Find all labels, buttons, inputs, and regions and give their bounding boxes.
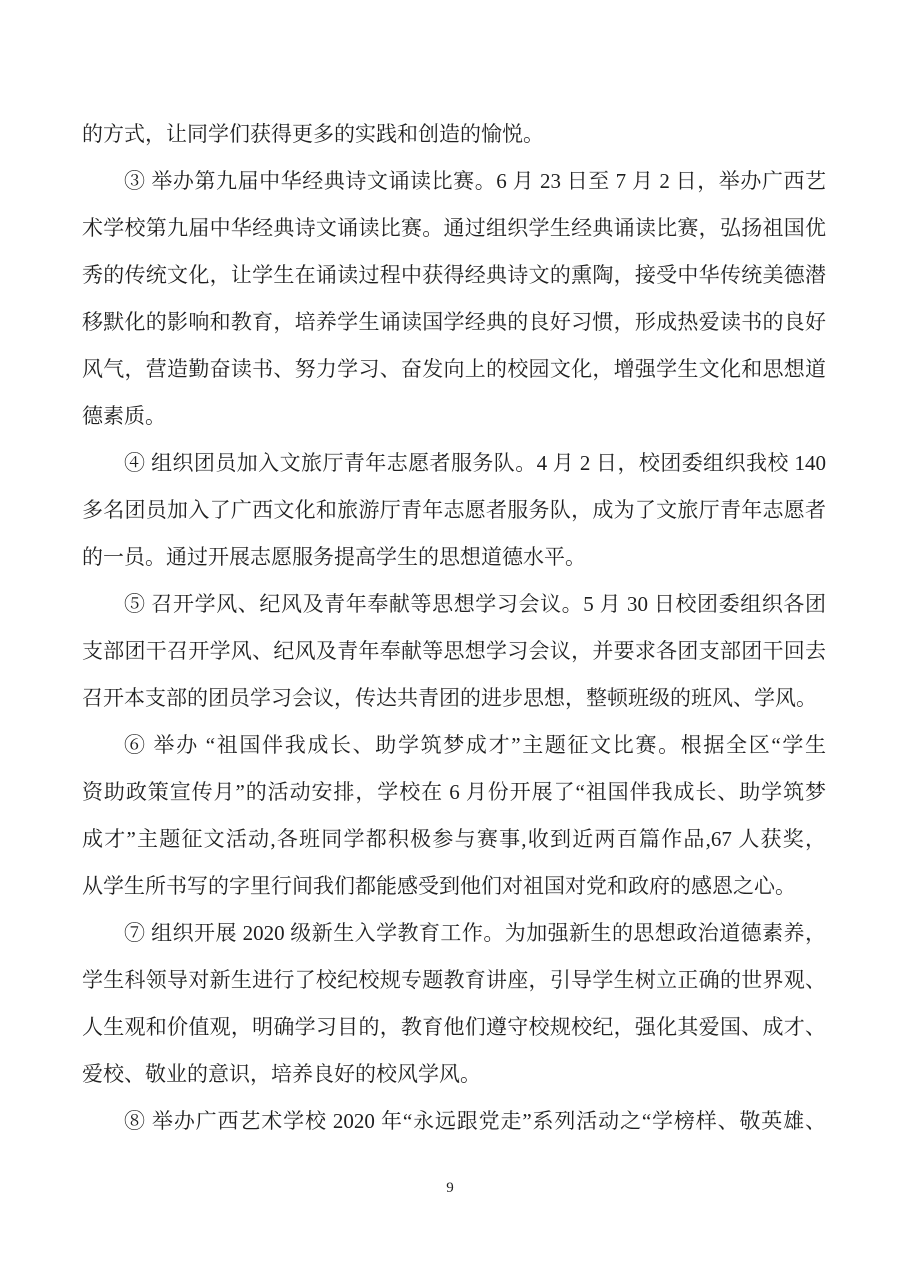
text-line: 成才”主题征文活动,各班同学都积极参与赛事,收到近两百篇作品,67 人获奖， xyxy=(82,816,826,863)
text-line: 爱校、敬业的意识，培养良好的校风学风。 xyxy=(82,1051,826,1098)
document-page: 的方式，让同学们获得更多的实践和创造的愉悦。③ 举办第九届中华经典诗文诵读比赛。… xyxy=(0,0,900,1273)
text-line: 秀的传统文化，让学生在诵读过程中获得经典诗文的熏陶，接受中华传统美德潜 xyxy=(82,252,826,299)
text-line: ⑦ 组织开展 2020 级新生入学教育工作。为加强新生的思想政治道德素养， xyxy=(82,910,826,957)
text-line: 德素质。 xyxy=(82,393,826,440)
text-line: 的一员。通过开展志愿服务提高学生的思想道德水平。 xyxy=(82,534,826,581)
text-line: 移默化的影响和教育，培养学生诵读国学经典的良好习惯，形成热爱读书的良好 xyxy=(82,299,826,346)
page-footer: 9 xyxy=(0,1178,900,1198)
text-line: 学生科领导对新生进行了校纪校规专题教育讲座，引导学生树立正确的世界观、 xyxy=(82,957,826,1004)
text-line: 资助政策宣传月”的活动安排，学校在 6 月份开展了“祖国伴我成长、助学筑梦 xyxy=(82,769,826,816)
text-line: 召开本支部的团员学习会议，传达共青团的进步思想，整顿班级的班风、学风。 xyxy=(82,675,826,722)
text-line: ⑥ 举办 “祖国伴我成长、助学筑梦成才”主题征文比赛。根据全区“学生 xyxy=(82,722,826,769)
text-line: 支部团干召开学风、纪风及青年奉献等思想学习会议，并要求各团支部团干回去 xyxy=(82,628,826,675)
text-line: ④ 组织团员加入文旅厅青年志愿者服务队。4 月 2 日，校团委组织我校 140 xyxy=(82,440,826,487)
text-line: 术学校第九届中华经典诗文诵读比赛。通过组织学生经典诵读比赛，弘扬祖国优 xyxy=(82,205,826,252)
text-line: ⑤ 召开学风、纪风及青年奉献等思想学习会议。5 月 30 日校团委组织各团 xyxy=(82,581,826,628)
text-line: 多名团员加入了广西文化和旅游厅青年志愿者服务队，成为了文旅厅青年志愿者 xyxy=(82,487,826,534)
text-line: 的方式，让同学们获得更多的实践和创造的愉悦。 xyxy=(82,111,826,158)
text-line: 从学生所书写的字里行间我们都能感受到他们对祖国对党和政府的感恩之心。 xyxy=(82,863,826,910)
text-line: 人生观和价值观，明确学习目的，教育他们遵守校规校纪，强化其爱国、成才、 xyxy=(82,1004,826,1051)
page-number: 9 xyxy=(446,1178,454,1198)
document-body: 的方式，让同学们获得更多的实践和创造的愉悦。③ 举办第九届中华经典诗文诵读比赛。… xyxy=(82,111,826,1145)
text-line: ③ 举办第九届中华经典诗文诵读比赛。6 月 23 日至 7 月 2 日，举办广西… xyxy=(82,158,826,205)
text-line: 风气，营造勤奋读书、努力学习、奋发向上的校园文化，增强学生文化和思想道 xyxy=(82,346,826,393)
text-line: ⑧ 举办广西艺术学校 2020 年“永远跟党走”系列活动之“学榜样、敬英雄、 xyxy=(82,1098,826,1145)
